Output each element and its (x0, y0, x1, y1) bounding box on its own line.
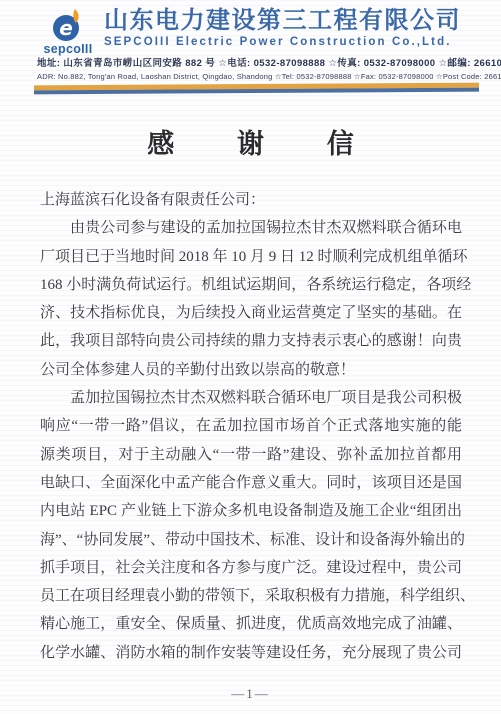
body-line: 员工在项目经理袁小勤的带领下，采取积极有力措施，科学组织、 (40, 582, 462, 610)
company-name-cn: 山东电力建设第三工程有限公司 (104, 8, 475, 34)
company-names: 山东电力建设第三工程有限公司 SEPCOIII Electric Power C… (104, 8, 475, 48)
svg-text:e: e (59, 16, 73, 40)
body-line: 电缺口、全面深化中孟产能合作意义重大。同时，该项目还是国 (40, 469, 462, 497)
recipient-line: 上海蓝滨石化设备有限责任公司： (40, 186, 462, 214)
letterhead-divider (34, 83, 479, 95)
body-line: 内电站 EPC 产业链上下游众多机电设备制造及施工企业“组团出 (40, 497, 462, 525)
letterhead-contact: 地址: 山东省青岛市崂山区同安路 882 号 ☆电话: 0532-8709888… (37, 55, 475, 81)
body-line: 源类项目，对于主动融入“一带一路”建设、弥补孟加拉首都用 (40, 441, 462, 469)
body-line: 精心施工，重安全、保质量、抓进度，优质高效地完成了油罐、 (40, 610, 462, 638)
body-line: 响应“一带一路”倡议，在孟加拉国市场首个正式落地实施的能 (40, 412, 462, 440)
body-line: 海”、“协同发展”、带动中国技术、标准、设计和设备海外输出的 (40, 526, 462, 554)
letterhead: e sepcoIII 山东电力建设第三工程有限公司 SEPCOIII Elect… (36, 8, 475, 56)
logo-wordmark: sepcoIII (44, 42, 93, 56)
body-line: 168 小时满负荷试运行。机组试运期间，各系统运行稳定，各项经 (40, 271, 462, 299)
body-line: 化学水罐、消防水箱的制作安装等建设任务，充分展现了贵公司 (40, 639, 462, 667)
body-line: 由贵公司参与建设的孟加拉国锡拉杰甘杰双燃料联合循环电 (40, 214, 462, 242)
company-logo: e sepcoIII (36, 8, 100, 56)
letter-body: 上海蓝滨石化设备有限责任公司： 由贵公司参与建设的孟加拉国锡拉杰甘杰双燃料联合循… (40, 186, 462, 667)
company-name-en: SEPCOIII Electric Power Construction Co.… (104, 36, 475, 48)
body-line: 孟加拉国锡拉杰甘杰双燃料联合循环电厂项目是我公司积极 (40, 384, 462, 412)
sepco-logo-icon: e (49, 8, 87, 44)
scanned-letter-page: e sepcoIII 山东电力建设第三工程有限公司 SEPCOIII Elect… (0, 0, 501, 714)
address-line-cn: 地址: 山东省青岛市崂山区同安路 882 号 ☆电话: 0532-8709888… (37, 55, 475, 69)
body-line: 此，我项目部特向贵公司持续的鼎力支持表示衷心的感谢！向贵 (40, 327, 462, 355)
address-line-en: ADR: No.882, Tong'an Road, Laoshan Distr… (37, 72, 475, 81)
body-line: 公司全体参建人员的辛勤付出致以崇高的敬意！ (40, 356, 462, 384)
body-line: 厂项目已于当地时间 2018 年 10 月 9 日 12 时顺利完成机组单循环 (40, 243, 462, 271)
letter-title: 感 谢 信 (40, 122, 462, 161)
page-number: —1— (0, 686, 501, 702)
body-line: 抓手项目，社会关注度和各方参与度广泛。建设过程中，贵公司 (40, 554, 462, 582)
body-line: 济、技术指标优良，为后续投入商业运营奠定了坚实的基础。在 (40, 299, 462, 327)
